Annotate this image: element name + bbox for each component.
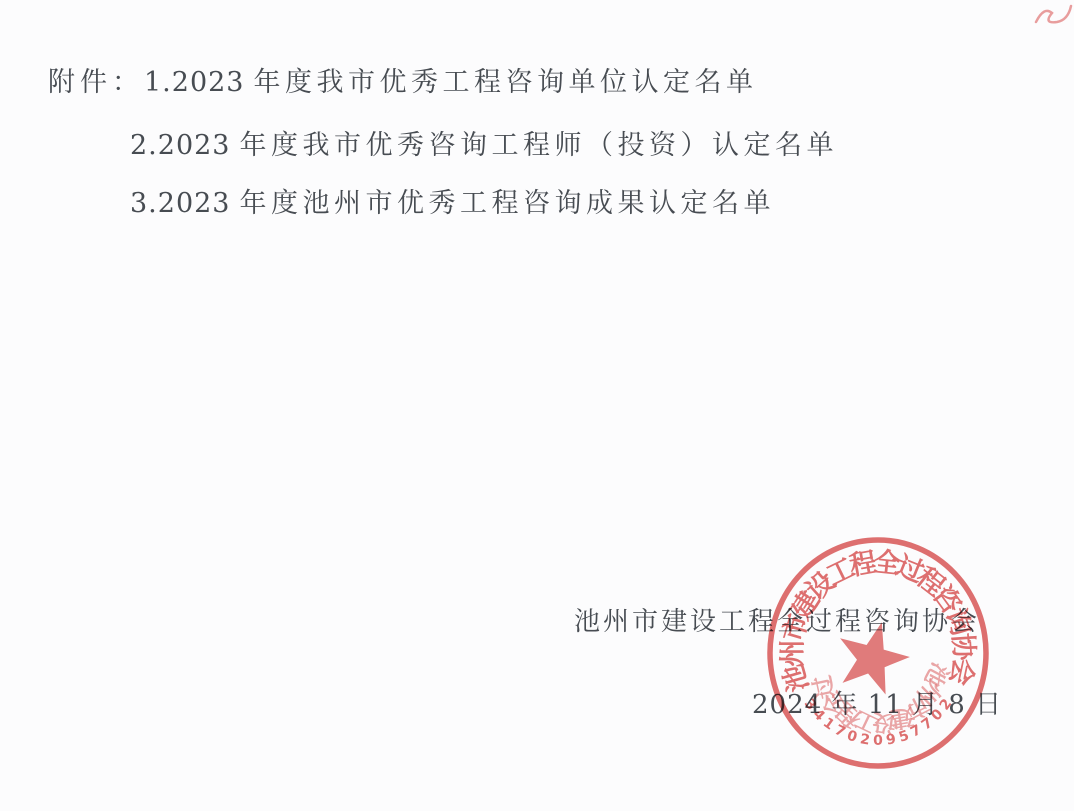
official-seal: 池州市建设工程全过程咨询协会 池州市建设工程全过 3417020957702 <box>748 523 1008 783</box>
corner-ink-mark <box>1030 0 1074 32</box>
svg-text:2: 2 <box>859 731 871 748</box>
svg-text:9: 9 <box>885 731 897 748</box>
attachment-item-title: 年度我市优秀咨询工程师（投资）认定名单 <box>239 130 838 161</box>
attachment-item-title: 年度池州市优秀工程咨询成果认定名单 <box>239 188 775 219</box>
svg-text:0: 0 <box>873 733 883 749</box>
attachment-line-1: 附件：1.2023年度我市优秀工程咨询单位认定名单 <box>48 67 757 98</box>
attachment-label: 附件： <box>48 67 144 98</box>
attachment-item-number: 2.2023 <box>130 130 230 161</box>
attachment-item-number: 3.2023 <box>130 188 230 219</box>
attachment-line-2: 2.2023年度我市优秀咨询工程师（投资）认定名单 <box>130 130 838 161</box>
attachment-line-3: 3.2023年度池州市优秀工程咨询成果认定名单 <box>130 188 775 219</box>
seal-star-icon <box>840 622 910 694</box>
document-page: 附件：1.2023年度我市优秀工程咨询单位认定名单 2.2023年度我市优秀咨询… <box>0 0 1074 811</box>
attachment-item-title: 年度我市优秀工程咨询单位认定名单 <box>253 67 757 98</box>
attachment-item-number: 1.2023 <box>144 67 244 98</box>
